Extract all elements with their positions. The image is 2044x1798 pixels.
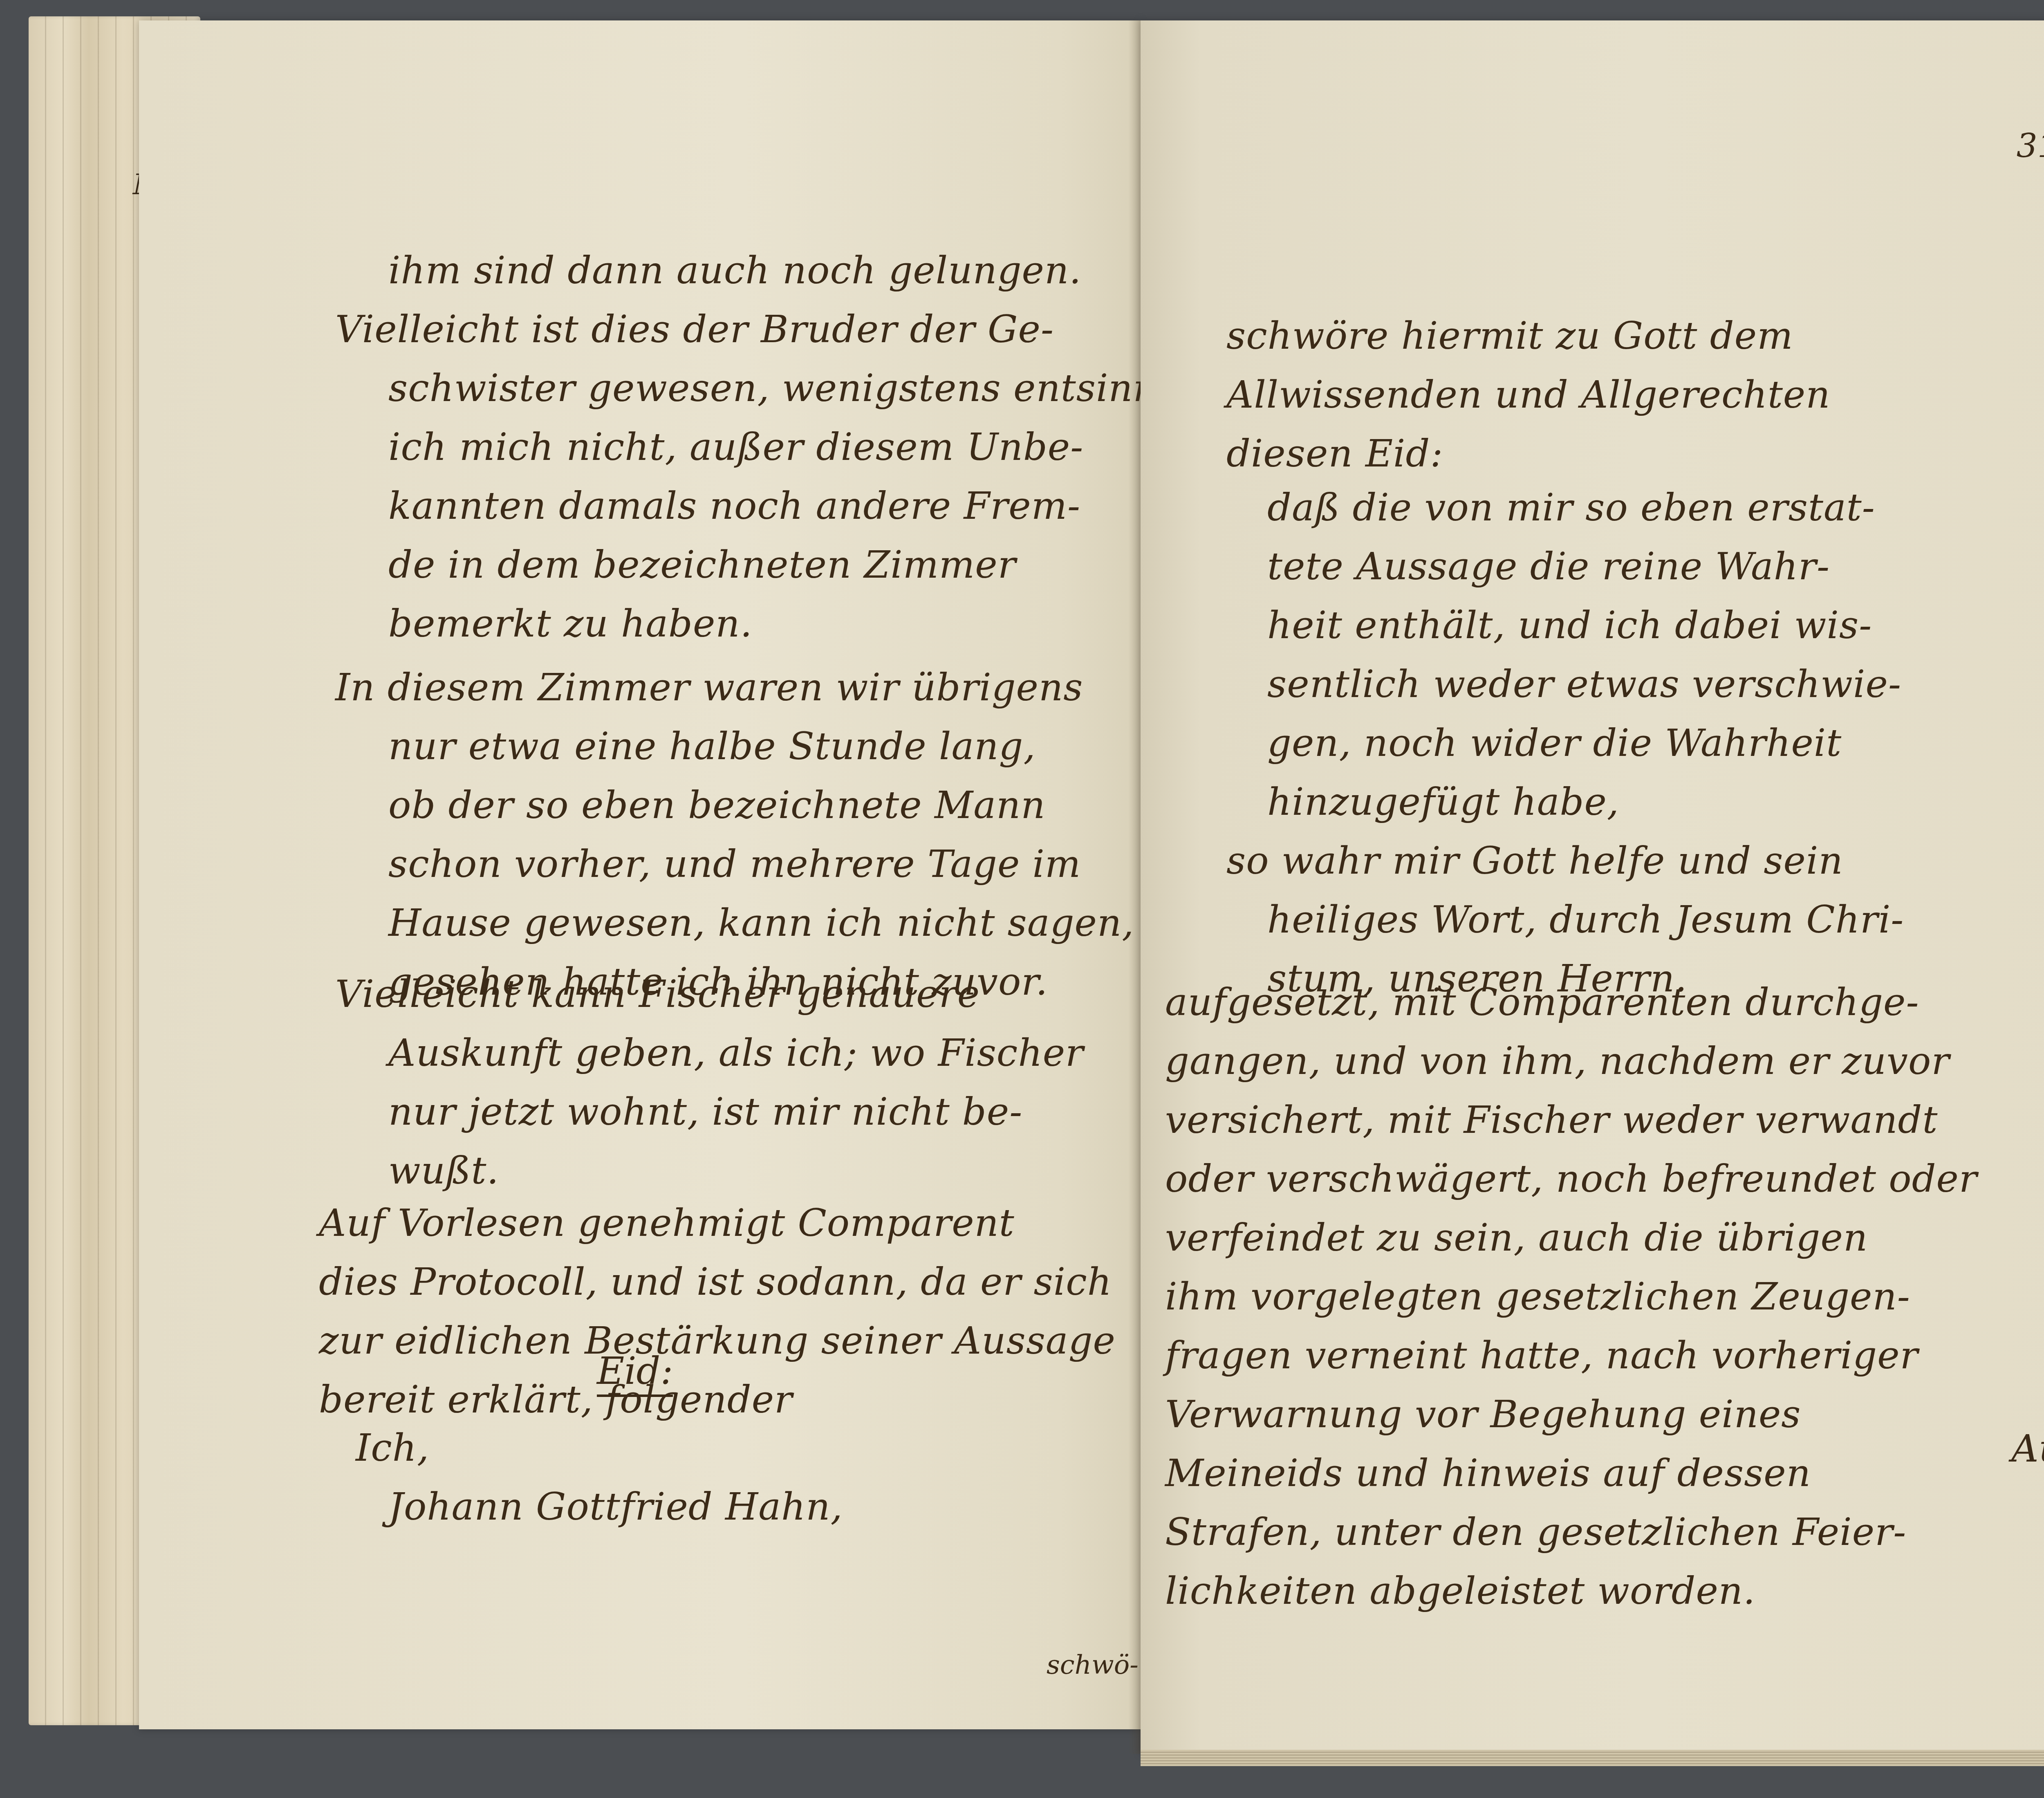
text-line: wußt.	[388, 1141, 1084, 1200]
text-line: sentlich weder etwas verschwie-	[1267, 655, 1904, 714]
text-line: heiliges Wort, durch Jesum Chri-	[1267, 890, 1904, 949]
text-line: nur jetzt wohnt, ist mir nicht be-	[388, 1083, 1084, 1141]
left-paragraph-1: ihm sind dann auch noch gelungen. Vielle…	[388, 241, 1180, 653]
oath-clause: daß die von mir so eben erstat- tete Aus…	[1267, 478, 1904, 1008]
oath-name-line: Johann Gottfried Hahn,	[388, 1477, 843, 1536]
text-line: so wahr mir Gott helfe und sein	[1226, 832, 1904, 890]
text-line: de in dem bezeichneten Zimmer	[388, 536, 1180, 594]
closing-paragraph: aufgesetzt, mit Comparenten durchge- gan…	[1165, 973, 1977, 1621]
text-line: Ich,	[356, 1419, 843, 1477]
oath-heading: Eid:	[597, 1349, 673, 1397]
left-paragraph-2: In diesem Zimmer waren wir übrigens nur …	[335, 658, 1134, 1011]
text-line: diesen Eid:	[1226, 424, 1831, 483]
left-page: ihm sind dann auch noch gelungen. Vielle…	[139, 20, 1141, 1729]
text-line: tete Aussage die reine Wahr-	[1267, 537, 1904, 596]
text-line: ich mich nicht, außer diesem Unbe-	[388, 418, 1180, 477]
text-line: kannten damals noch andere Frem-	[388, 477, 1180, 536]
text-line: nur etwa eine halbe Stunde lang,	[388, 717, 1134, 776]
text-line: Verwarnung vor Begehung eines	[1165, 1385, 1977, 1444]
oath-invocation: schwöre hiermit zu Gott dem Allwissenden…	[1226, 307, 1831, 483]
text-line: Auskunft geben, als ich; wo Fischer	[388, 1024, 1084, 1083]
page-number: 31.	[2017, 127, 2044, 165]
text-line: gangen, und von ihm, nachdem er zuvor	[1165, 1032, 1977, 1091]
left-paragraph-3: Vielleicht kann Fischer genauere Auskunf…	[335, 965, 1084, 1200]
text-line: daß die von mir so eben erstat-	[1267, 478, 1904, 537]
text-line: dies Protocoll, und ist sodann, da er si…	[319, 1253, 1116, 1312]
text-line: Auf Vorlesen genehmigt Comparent	[319, 1194, 1116, 1253]
text-line: fragen verneint hatte, nach vorheriger	[1165, 1326, 1977, 1385]
text-line: schwister gewesen, wenigstens entsinne	[388, 359, 1180, 418]
text-line: Meineids und hinweis auf dessen	[1165, 1444, 1977, 1503]
text-line: In diesem Zimmer waren wir übrigens	[335, 658, 1134, 717]
text-line: ob der so eben bezeichnete Mann	[388, 776, 1134, 835]
text-line: ihm sind dann auch noch gelungen.	[388, 241, 1180, 300]
text-line: gen, noch wider die Wahrheit	[1267, 714, 1904, 773]
text-line: verfeindet zu sein, auch die übrigen	[1165, 1208, 1977, 1267]
left-paragraph-4: Auf Vorlesen genehmigt Comparent dies Pr…	[319, 1194, 1116, 1429]
text-line: zur eidlichen Bestärkung seiner Aussage	[319, 1312, 1116, 1370]
text-line: oder verschwägert, noch befreundet oder	[1165, 1150, 1977, 1208]
text-line: ihm vorgelegten gesetzlichen Zeugen-	[1165, 1267, 1977, 1326]
text-line: schon vorher, und mehrere Tage im	[388, 835, 1134, 894]
page-block-bottom-edge	[1141, 1750, 2044, 1766]
oath-opening: Ich, Johann Gottfried Hahn,	[356, 1419, 843, 1536]
text-line: Vielleicht ist dies der Bruder der Ge-	[335, 300, 1180, 359]
open-book: Geg Neuf ihm sind dann auch noch gelunge…	[16, 8, 2044, 1778]
text-line: Hause gewesen, kann ich nicht sagen,	[388, 894, 1134, 953]
catchword-left: schwö-	[1047, 1650, 1139, 1680]
text-line: lichkeiten abgeleistet worden.	[1165, 1562, 1977, 1621]
text-line: schwöre hiermit zu Gott dem	[1226, 307, 1831, 365]
text-line: Vielleicht kann Fischer genauere	[335, 965, 1084, 1024]
right-page: 31. schwöre hiermit zu Gott dem Allwisse…	[1141, 20, 2044, 1754]
text-line: heit enthält, und ich dabei wis-	[1267, 596, 1904, 655]
text-line: Allwissenden und Allgerechten	[1226, 365, 1831, 424]
text-line: versichert, mit Fischer weder verwandt	[1165, 1091, 1977, 1150]
text-line: aufgesetzt, mit Comparenten durchge-	[1165, 973, 1977, 1032]
text-line: bemerkt zu haben.	[388, 594, 1180, 653]
text-line: hinzugefügt habe,	[1267, 773, 1904, 832]
text-line: Strafen, unter den gesetzlichen Feier-	[1165, 1503, 1977, 1562]
catchword-right: Auf	[2011, 1427, 2044, 1471]
